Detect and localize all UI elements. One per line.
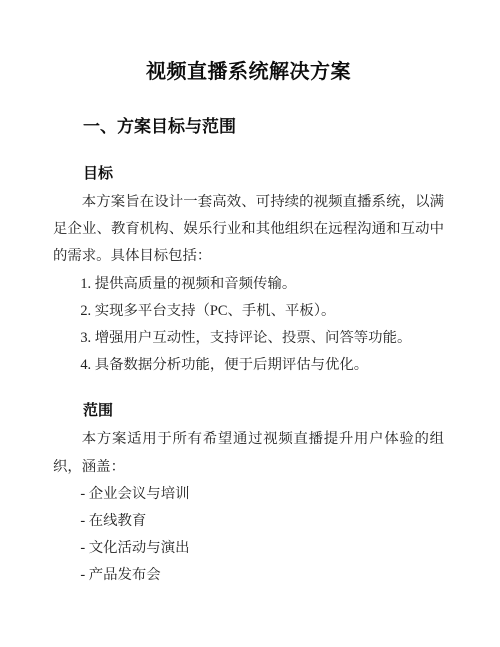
document-title: 视频直播系统解决方案 [53, 58, 444, 86]
scope-heading: 范围 [53, 400, 444, 422]
scope-item-3: - 文化活动与演出 [53, 535, 444, 562]
goals-heading: 目标 [53, 163, 444, 185]
goals-intro-paragraph: 本方案旨在设计一套高效、可持续的视频直播系统，以满足企业、教育机构、娱乐行业和其… [53, 189, 444, 271]
section-heading: 一、方案目标与范围 [53, 115, 444, 139]
scope-item-1: - 企业会议与培训 [53, 481, 444, 508]
goal-item-3: 3. 增强用户互动性，支持评论、投票、问答等功能。 [53, 325, 444, 352]
goal-item-4: 4. 具备数据分析功能，便于后期评估与优化。 [53, 352, 444, 379]
scope-item-4: - 产品发布会 [53, 562, 444, 589]
scope-item-2: - 在线教育 [53, 508, 444, 535]
scope-intro-paragraph: 本方案适用于所有希望通过视频直播提升用户体验的组织，涵盖： [53, 426, 444, 480]
goal-item-2: 2. 实现多平台支持（PC、手机、平板）。 [53, 298, 444, 325]
document-page: 视频直播系统解决方案 一、方案目标与范围 目标 本方案旨在设计一套高效、可持续的… [0, 0, 500, 647]
goal-item-1: 1. 提供高质量的视频和音频传输。 [53, 271, 444, 298]
